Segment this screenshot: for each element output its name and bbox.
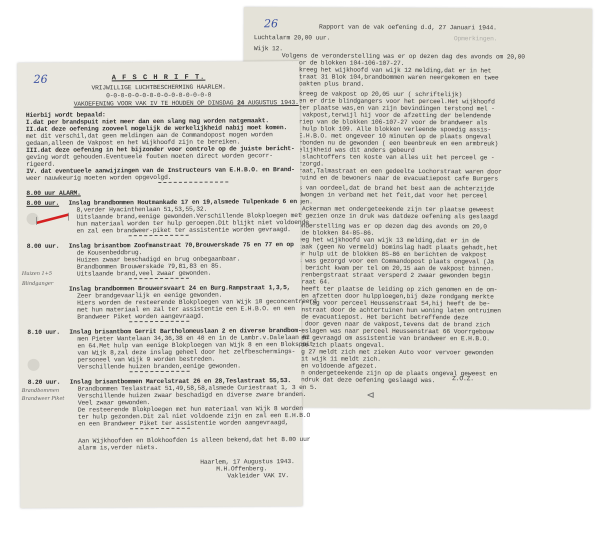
event-line: Inslag brisantbom Zoofmanstraat 70,Brouw… (69, 241, 294, 250)
alarm-time: Luchtalarm 20,00 uur. (254, 34, 330, 41)
signature-role: Vakleider VAK IV. (227, 472, 289, 479)
rules-list: I.dat per brandspuit niet meer dan een s… (17, 61, 299, 63)
event-line: Verschillende huizen branden,eenige gewo… (78, 362, 241, 370)
event-time: 8.00 uur. (27, 243, 60, 250)
closing-line: alarm is,verder niets. (78, 444, 158, 452)
event-line: en een Brandweer Piket ter assistentie w… (78, 419, 289, 427)
separator (129, 235, 189, 236)
red-pencil-mark-icon (32, 213, 72, 227)
separator (158, 182, 228, 183)
separator (129, 278, 189, 279)
separator (130, 371, 190, 372)
page-turn-note: Z.O.Z. (452, 375, 474, 382)
margin-note: Brandbommen (22, 388, 59, 394)
faint-header: Opmerkingen. (454, 35, 498, 42)
document-title: A F S C H R I F T. (18, 74, 300, 83)
report-line: e indruk dat deze oefening geslaagd was. (290, 376, 435, 384)
event-line: Brandweer Piket worden aangevraagd. (77, 313, 204, 321)
event-line: Uitslaande brand,veel zwaar gewonden. (77, 270, 211, 278)
separator (129, 321, 189, 322)
margin-note: Huizen 1+5 (22, 271, 52, 277)
report-line: struind en de bewoners naar de evacuatie… (291, 174, 498, 182)
subject-line: VAKOEFENING VOOR VAK IV TE HOUDEN OP DIN… (74, 99, 299, 108)
events-list: 8.00 uur.Inslag brandbommen Houtmankade … (17, 61, 299, 63)
report-line: troakten plus brand. (292, 80, 365, 87)
alarm-line: 8.00 uur ALARM. (26, 190, 80, 197)
section-heading-wijk: Wijk 12. (254, 45, 283, 52)
punch-hole (28, 359, 40, 371)
pencil-mark: ⊲ (367, 393, 374, 400)
event-time: 8.00 uur. (26, 200, 59, 207)
rule-line: geving wordt gehouden.Eventueele fouten … (26, 152, 273, 161)
event-time: 8.10 uur. (27, 329, 60, 336)
event-line: Verschillende huizen zwaar beschadigd en… (78, 391, 307, 400)
rule-line: weer nauwkeurig moeten worden opgevolgd. (26, 174, 171, 182)
folio-number: 26 (264, 17, 278, 30)
closing-text: Aan Wijkhoofden en Blokhoofden is alleen… (17, 61, 299, 63)
copy-page-left: 26 A F S C H R I F T. VRIJWILLIGE LUCHTB… (17, 61, 302, 508)
event-line: en zal een brandweer-piket ter assistent… (77, 226, 291, 234)
separator (130, 428, 190, 429)
report-body: Volgens de veronderstelling was er op de… (244, 7, 592, 9)
report-line: der gezien onze in druk was datdeze oefe… (291, 212, 498, 220)
margin-note: Brandweer Piket (22, 396, 65, 402)
event-time: 8.20 uur. (28, 379, 61, 386)
report-line: bedwongen in verband met het feit,dat vo… (291, 191, 487, 199)
report-title: Rapport van de vak oefening d.d, 27 Janu… (319, 23, 497, 31)
margin-note: Blindganger (22, 281, 53, 287)
closing-line: Aan Wijkhoofden en Blokhoofden is alleen… (78, 436, 310, 445)
